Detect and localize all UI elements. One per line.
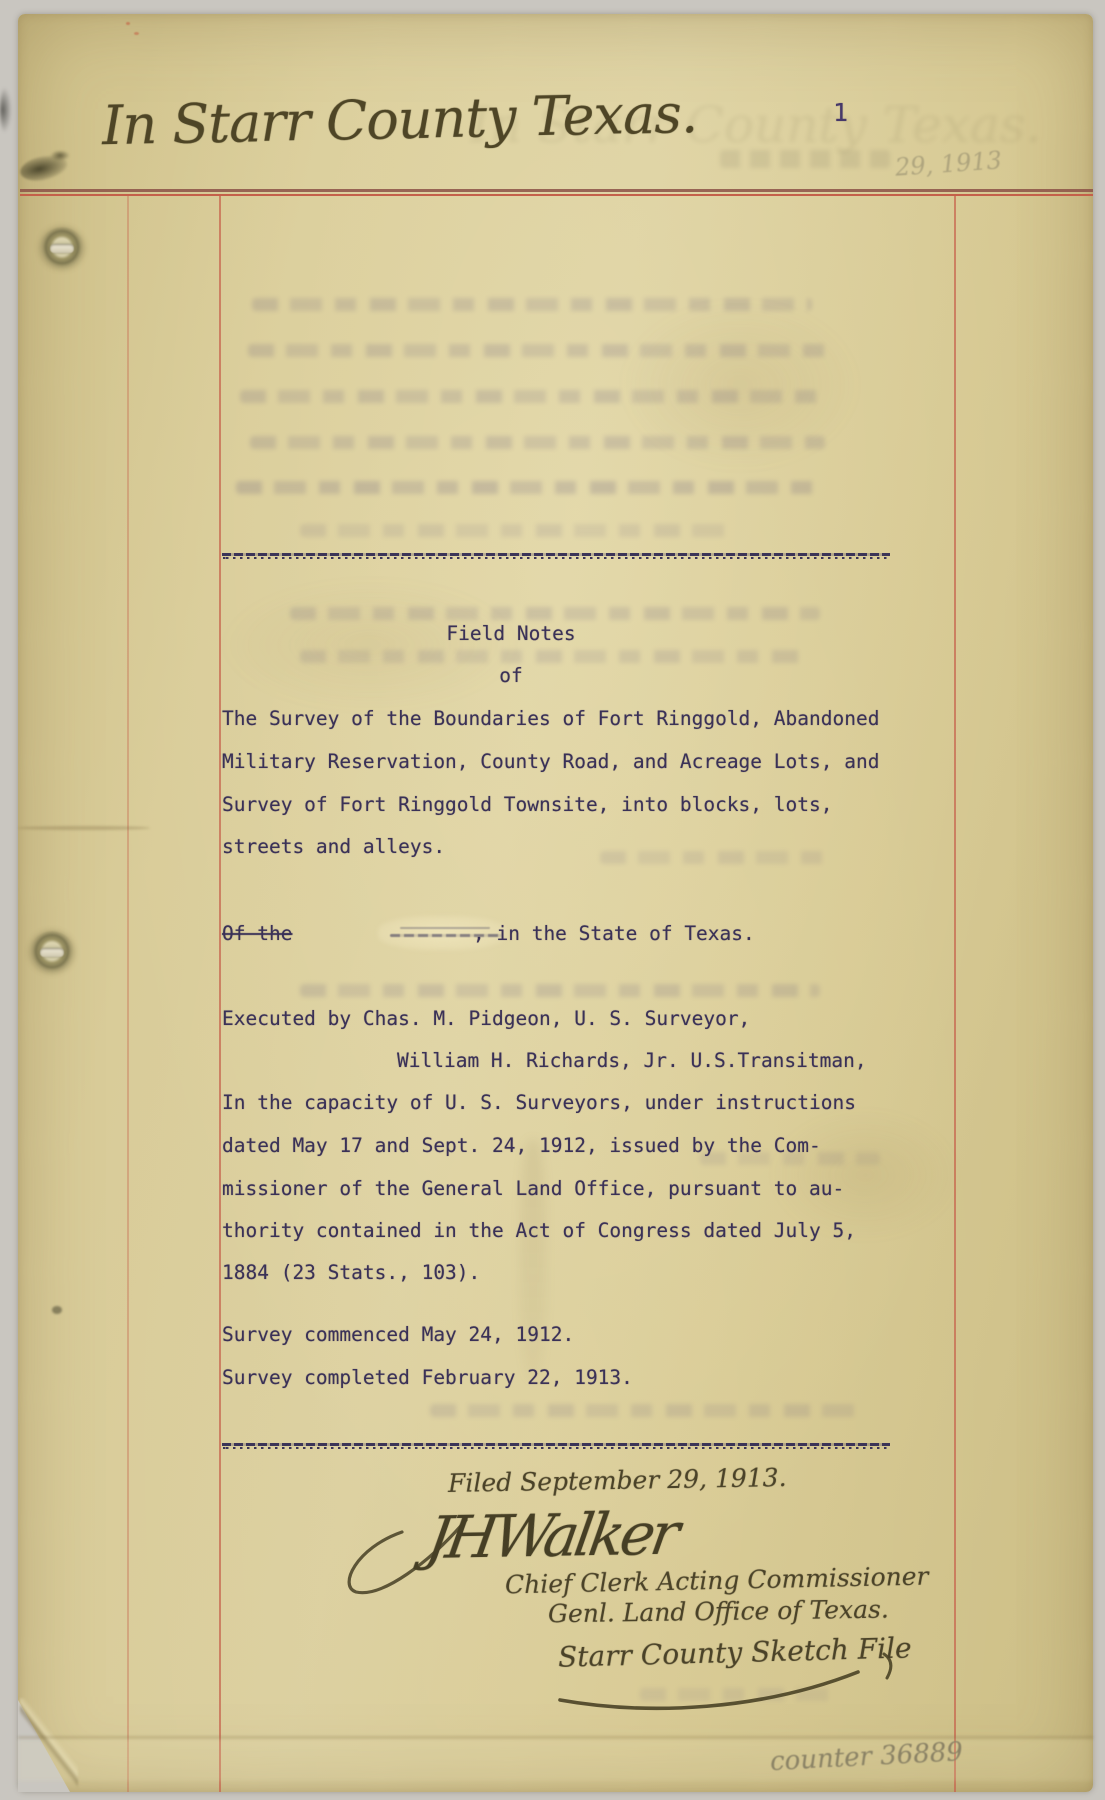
top-rule-dark	[20, 189, 1093, 192]
left-outer-margin-line	[127, 196, 129, 1792]
execution-line: thority contained in the Act of Congress…	[222, 1218, 856, 1244]
red-speck	[126, 22, 130, 25]
bleed-through-text	[236, 481, 826, 494]
typed-separator-line	[222, 1443, 890, 1449]
description-line: streets and alleys.	[222, 834, 445, 860]
document-title-of: of	[222, 663, 800, 689]
filed-date-line: Filed September 29, 1913.	[448, 1463, 787, 1498]
county-heading: In Starr County Texas.	[101, 82, 697, 157]
bleed-through-text	[300, 650, 800, 663]
left-margin-line	[219, 196, 221, 1792]
execution-line: 1884 (23 Stats., 103).	[222, 1260, 480, 1286]
bleed-through-text	[600, 851, 830, 864]
red-speck	[134, 32, 139, 35]
signature: JHWalker	[422, 1500, 680, 1572]
bleed-through-text	[300, 524, 730, 537]
document-title: Field Notes	[222, 621, 800, 647]
paper-crease-left	[18, 826, 150, 830]
bleed-through-text	[300, 984, 820, 997]
scan-edge-mark	[0, 86, 12, 134]
bleed-through-text	[240, 390, 825, 403]
struck-of-the: Of the	[222, 921, 292, 947]
scanned-document-page: In Starr County Texas. In Starr County T…	[0, 0, 1105, 1800]
description-line: Survey of Fort Ringgold Townsite, into b…	[222, 792, 832, 818]
typed-separator-line	[222, 553, 890, 559]
execution-line: Executed by Chas. M. Pidgeon, U. S. Surv…	[222, 1006, 750, 1032]
execution-line: missioner of the General Land Office, pu…	[222, 1176, 844, 1202]
description-line: Military Reservation, County Road, and A…	[222, 749, 879, 775]
top-rule-red	[20, 194, 1093, 197]
bleed-through-text	[640, 1688, 840, 1701]
state-line-rest: , in the State of Texas.	[473, 921, 755, 947]
fastener-slot	[50, 244, 74, 253]
execution-line: dated May 17 and Sept. 24, 1912, issued …	[222, 1133, 821, 1159]
bleed-through-text	[290, 607, 820, 620]
execution-line: William H. Richards, Jr. U.S.Transitman,	[397, 1048, 867, 1074]
page-number: 1	[833, 100, 848, 126]
survey-completed-line: Survey completed February 22, 1913.	[222, 1365, 633, 1391]
bleed-through-text	[430, 1404, 860, 1417]
bleed-through-text	[250, 436, 825, 449]
execution-line: In the capacity of U. S. Surveyors, unde…	[222, 1090, 856, 1116]
bleed-through-text	[248, 344, 828, 357]
bleed-through-text	[252, 298, 812, 311]
signer-title-line2: Genl. Land Office of Texas.	[548, 1595, 889, 1629]
ink-smudge	[50, 150, 70, 161]
survey-commenced-line: Survey commenced May 24, 1912.	[222, 1322, 574, 1348]
right-margin-line	[954, 196, 956, 1792]
brass-fastener-middle	[30, 931, 74, 973]
ink-dot	[52, 1306, 62, 1314]
fastener-slot	[40, 948, 64, 957]
description-line: The Survey of the Boundaries of Fort Rin…	[222, 706, 879, 732]
brass-fastener-top	[40, 227, 84, 269]
